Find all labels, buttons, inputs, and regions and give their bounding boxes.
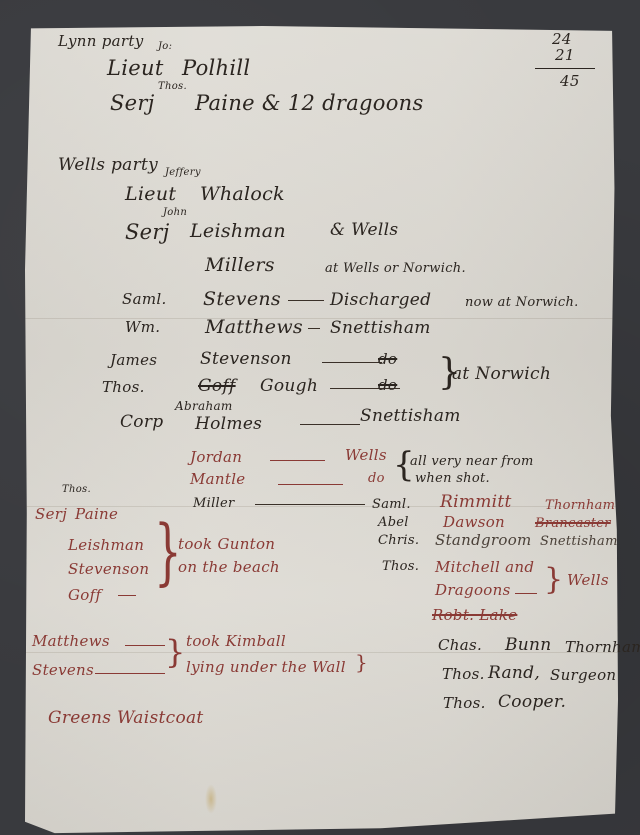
witness-3-name: Cooper.	[498, 694, 566, 711]
row-dash	[255, 504, 365, 505]
row-holmes-first: Corp	[120, 414, 163, 431]
row-stevenson-note: do	[378, 352, 397, 367]
lynn-serj-name: Paine & 12 dragoons	[195, 93, 424, 114]
mitchell-note: Wells	[567, 573, 609, 588]
right-standgroom-place: Snettisham	[540, 535, 618, 548]
row-gough-note: do	[378, 378, 397, 393]
beach-note-1: took Gunton	[178, 537, 275, 552]
lynn-lieut-name: Polhill	[182, 58, 250, 79]
beach-name-2: Leishman	[68, 538, 144, 553]
kimball-name-2: Stevens	[32, 663, 94, 678]
row-holmes-note: Snettisham	[360, 408, 461, 425]
mid-note-line2: when shot.	[415, 472, 490, 485]
row-holmes-surname: Holmes	[195, 416, 262, 433]
beach-name-3: Stevenson	[68, 562, 149, 577]
group-brace: }	[355, 652, 368, 672]
wells-serj-label: Serj	[125, 222, 170, 243]
wells-serj-first: John	[163, 208, 187, 218]
tally-rule	[535, 68, 595, 69]
group-brace: }	[544, 565, 563, 595]
row-dash	[278, 484, 343, 485]
struck-line: Robt. Lake	[432, 608, 517, 623]
tally-a: 24	[552, 32, 572, 47]
row-stevens-note2: now at Norwich.	[465, 296, 579, 309]
witness-1-name: Bunn	[505, 637, 552, 654]
witness-1-first: Chas.	[438, 638, 482, 653]
lynn-serj-first: Thos.	[158, 82, 187, 92]
mitchell-line-2: Dragoons	[435, 583, 511, 598]
kimball-note-1: took Kimball	[186, 634, 286, 649]
row-gough-struck: Goff	[198, 378, 236, 395]
kimball-name-1: Matthews	[32, 634, 110, 649]
witness-3-first: Thos.	[443, 696, 486, 711]
row-gough-surname: Gough	[260, 378, 318, 395]
wells-lieut-label: Lieut	[125, 185, 176, 204]
wells-party-heading: Wells party	[58, 157, 158, 174]
row-dash	[322, 362, 382, 363]
witness-2-first: Thos.	[442, 667, 485, 682]
row-stevens-note: Discharged	[330, 292, 431, 309]
lynn-serj-label: Serj	[110, 93, 155, 114]
mitchell-first: Thos.	[382, 560, 419, 573]
right-rimmitt-place: Thornham	[545, 499, 615, 512]
wells-serj-name: Leishman	[190, 222, 286, 241]
row-matthews-note: Snettisham	[330, 320, 431, 337]
lynn-lieut-label: Lieut	[107, 58, 164, 79]
wells-lieut-first: Jeffery	[165, 168, 201, 178]
beach-first: Thos.	[62, 485, 91, 495]
ink-stain	[205, 784, 217, 814]
wells-serj-location: & Wells	[330, 222, 398, 239]
row-stevens-surname: Stevens	[203, 290, 281, 309]
witness-2-place: Surgeon	[550, 668, 616, 683]
witness-1-place: Thornham	[565, 640, 640, 655]
row-group-note: at Norwich	[452, 366, 551, 383]
right-rimmitt-surname: Rimmitt	[440, 494, 512, 511]
right-dawson-first: Abel	[378, 516, 409, 529]
row-stevens-first: Saml.	[122, 292, 167, 307]
row-millers-surname: Millers	[205, 256, 275, 275]
beach-rank: Serj	[35, 507, 67, 522]
row-dash	[300, 424, 360, 425]
mid-miller: Miller	[193, 497, 235, 510]
paper-fold	[25, 318, 618, 319]
right-dawson-place: Brancaster	[535, 517, 611, 530]
group-brace: }	[165, 636, 185, 668]
row-dash	[288, 300, 324, 301]
row-gough-first: Thos.	[102, 380, 145, 395]
lynn-party-suffix: Jo:	[158, 42, 172, 52]
row-dash	[118, 595, 136, 596]
row-holmes-interline: Abraham	[175, 400, 233, 412]
mid-jordan-note: Wells	[345, 448, 387, 463]
kimball-note-2: lying under the Wall	[186, 660, 346, 675]
mid-mantle: Mantle	[190, 472, 245, 487]
footer-note: Greens Waistcoat	[48, 710, 204, 727]
row-dash	[95, 673, 165, 674]
row-matthews-first: Wm.	[125, 320, 160, 335]
beach-note-2: on the beach	[178, 560, 280, 575]
row-matthews-surname: Matthews	[205, 318, 303, 337]
row-millers-note: at Wells or Norwich.	[325, 262, 466, 275]
mid-mantle-note: do	[368, 472, 385, 485]
tally-total: 45	[560, 74, 580, 89]
right-standgroom-first: Chris.	[378, 534, 419, 547]
mid-note-line1: all very near from	[410, 455, 534, 468]
row-dash	[308, 328, 320, 329]
row-stevenson-first: James	[110, 353, 157, 368]
row-dash	[270, 460, 325, 461]
mid-jordan: Jordan	[190, 450, 242, 465]
tally-b: 21	[555, 48, 575, 63]
wells-lieut-name: Whalock	[200, 185, 285, 204]
row-dash	[515, 593, 537, 594]
mitchell-line-1: Mitchell and	[435, 560, 534, 575]
row-stevenson-surname: Stevenson	[200, 351, 292, 368]
beach-name-1: Paine	[75, 507, 118, 522]
right-dawson-surname: Dawson	[443, 515, 505, 530]
right-standgroom-surname: Standgroom	[435, 533, 532, 548]
beach-name-4: Goff	[68, 588, 101, 603]
lynn-party-heading: Lynn party	[58, 34, 143, 49]
row-dash	[125, 645, 165, 646]
right-rimmitt-first: Saml.	[372, 498, 411, 511]
witness-2-name: Rand,	[488, 665, 540, 682]
